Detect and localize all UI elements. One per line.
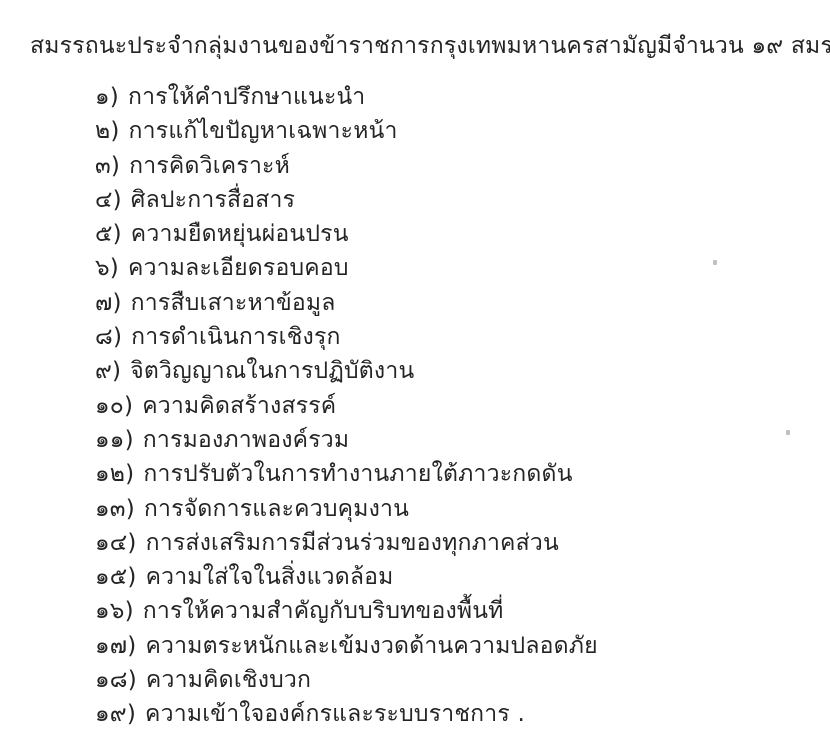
item-number: ๑๓) <box>95 492 135 526</box>
list-item: ๗)การสืบเสาะหาข้อมูล <box>95 286 795 320</box>
item-number: ๓) <box>95 149 120 183</box>
list-item: ๑๘)ความคิดเชิงบวก <box>95 663 795 697</box>
item-text: ความคิดเชิงบวก <box>146 667 311 693</box>
scan-speck <box>713 260 717 265</box>
list-item: ๑๑)การมองภาพองค์รวม <box>95 423 795 457</box>
item-number: ๑๐) <box>95 389 133 423</box>
list-item: ๙)จิตวิญญาณในการปฏิบัติงาน <box>95 354 795 388</box>
list-item: ๑)การให้คำปรึกษาแนะนำ <box>95 80 795 114</box>
item-number: ๙) <box>95 354 121 388</box>
item-text: จิตวิญญาณในการปฏิบัติงาน <box>130 358 414 384</box>
item-number: ๑๖) <box>95 594 134 628</box>
page-title: สมรรถนะประจำกลุ่มงานของข้าราชการกรุงเทพม… <box>30 28 810 64</box>
list-item: ๑๗)ความตระหนักและเข้มงวดด้านความปลอดภัย <box>95 629 795 663</box>
item-text: การแก้ไขปัญหาเฉพาะหน้า <box>129 118 398 144</box>
item-number: ๑๑) <box>95 423 134 457</box>
item-number: ๒) <box>95 114 120 148</box>
list-item: ๕)ความยืดหยุ่นผ่อนปรน <box>95 217 795 251</box>
item-number: ๑) <box>95 80 119 114</box>
item-number: ๑๗) <box>95 629 136 663</box>
item-text: การปรับตัวในการทำงานภายใต้ภาวะกดดัน <box>143 461 572 487</box>
list-item: ๔)ศิลปะการสื่อสาร <box>95 183 795 217</box>
item-text: การดำเนินการเชิงรุก <box>131 324 341 350</box>
list-item: ๑๕)ความใส่ใจในสิ่งแวดล้อม <box>95 560 795 594</box>
item-text: การมองภาพองค์รวม <box>143 427 350 453</box>
item-number: ๘) <box>95 320 122 354</box>
list-item: ๑๙)ความเข้าใจองค์กรและระบบราชการ . <box>95 697 795 731</box>
list-item: ๑๖)การให้ความสำคัญกับบริบทของพื้นที่ <box>95 594 795 628</box>
item-text: การให้ความสำคัญกับบริบทของพื้นที่ <box>143 598 504 624</box>
list-item: ๒)การแก้ไขปัญหาเฉพาะหน้า <box>95 114 795 148</box>
item-text: ความยืดหยุ่นผ่อนปรน <box>131 221 349 247</box>
document-page: สมรรถนะประจำกลุ่มงานของข้าราชการกรุงเทพม… <box>0 0 830 749</box>
item-text: การสืบเสาะหาข้อมูล <box>131 290 336 316</box>
item-number: ๑๘) <box>95 663 137 697</box>
list-item: ๖)ความละเอียดรอบคอบ <box>95 251 795 285</box>
item-number: ๗) <box>95 286 122 320</box>
list-item: ๑๓)การจัดการและควบคุมงาน <box>95 492 795 526</box>
item-text: ความเข้าใจองค์กรและระบบราชการ . <box>145 701 525 727</box>
item-number: ๖) <box>95 251 119 285</box>
item-number: ๑๔) <box>95 526 137 560</box>
scan-speck <box>786 430 790 435</box>
list-item: ๑๐)ความคิดสร้างสรรค์ <box>95 389 795 423</box>
list-item: ๓)การคิดวิเคราะห์ <box>95 149 795 183</box>
item-number: ๕) <box>95 217 122 251</box>
competency-list: ๑)การให้คำปรึกษาแนะนำ ๒)การแก้ไขปัญหาเฉพ… <box>95 80 795 732</box>
item-number: ๑๕) <box>95 560 137 594</box>
item-text: ศิลปะการสื่อสาร <box>131 187 295 213</box>
item-text: การจัดการและควบคุมงาน <box>144 496 409 522</box>
item-number: ๔) <box>95 183 122 217</box>
item-text: ความใส่ใจในสิ่งแวดล้อม <box>146 564 394 590</box>
item-text: การคิดวิเคราะห์ <box>129 153 290 179</box>
item-text: ความตระหนักและเข้มงวดด้านความปลอดภัย <box>145 633 597 659</box>
list-item: ๑๔)การส่งเสริมการมีส่วนร่วมของทุกภาคส่วน <box>95 526 795 560</box>
item-text: การส่งเสริมการมีส่วนร่วมของทุกภาคส่วน <box>146 530 559 556</box>
item-number: ๑๒) <box>95 457 134 491</box>
item-text: ความคิดสร้างสรรค์ <box>142 393 336 419</box>
list-item: ๘)การดำเนินการเชิงรุก <box>95 320 795 354</box>
item-text: ความละเอียดรอบคอบ <box>128 255 349 281</box>
item-text: การให้คำปรึกษาแนะนำ <box>128 84 365 110</box>
item-number: ๑๙) <box>95 697 136 731</box>
list-item: ๑๒)การปรับตัวในการทำงานภายใต้ภาวะกดดัน <box>95 457 795 491</box>
